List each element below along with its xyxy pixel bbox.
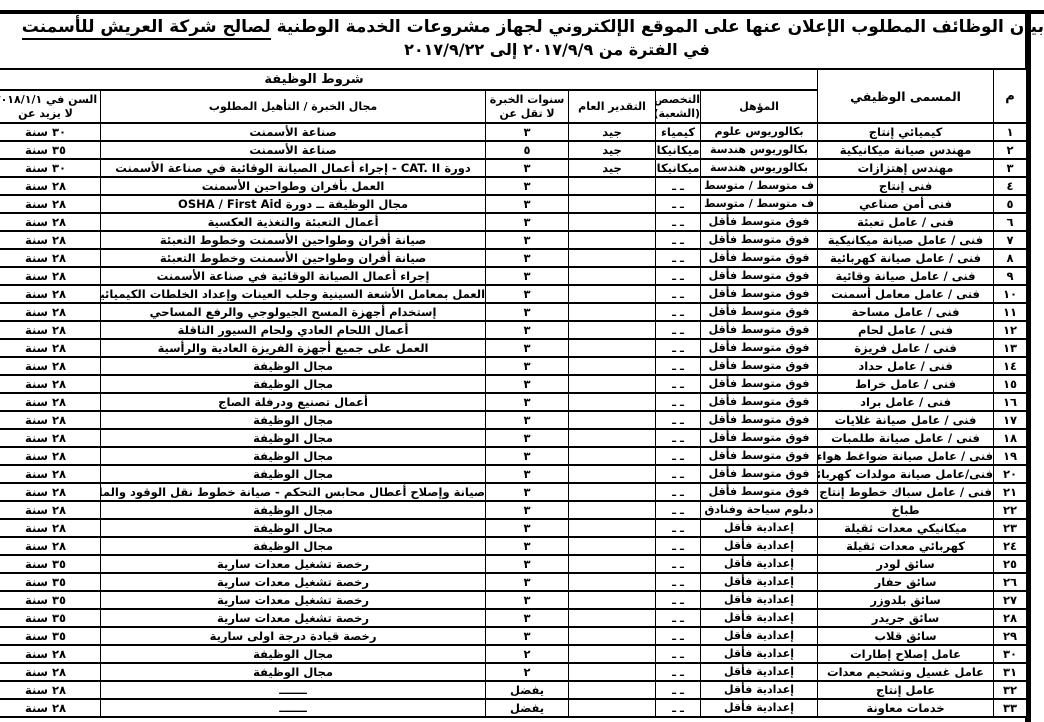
table-row: ٢٨ سائق جريدر إعدادية فأقل ـ ـ ٣ رخصة تش…	[0, 609, 1027, 627]
cell-experience-field: رخصة تشغيل معدات سارية	[101, 591, 486, 609]
cell-job-title: مهندس إهتزازات	[818, 159, 994, 177]
cell-grade	[569, 285, 656, 303]
table-row: ٣٠ عامل إصلاح إطارات إعدادية فأقل ـ ـ ٢ …	[0, 645, 1027, 663]
cell-specialization: ـ ـ	[656, 591, 701, 609]
cell-experience-field: مجال الوظيفة	[101, 375, 486, 393]
cell-grade	[569, 447, 656, 465]
cell-qualification: إعدادية فأقل	[701, 519, 818, 537]
table-row: ٨ فنى / عامل صيانة كهربائية فوق متوسط فأ…	[0, 249, 1027, 267]
cell-experience-years: ٣	[486, 321, 569, 339]
cell-experience-field: مجال الوظيفة	[101, 411, 486, 429]
document-header: بيان الوظائف المطلوب الإعلان عنها على ال…	[0, 14, 1044, 67]
cell-job-title: فنى / عامل لحام	[818, 321, 994, 339]
cell-grade: جيد	[569, 141, 656, 159]
cell-experience-years: ٣	[486, 411, 569, 429]
cell-row-number: ١١	[994, 303, 1027, 321]
cell-row-number: ١٦	[994, 393, 1027, 411]
cell-job-title: سائق لودر	[818, 555, 994, 573]
cell-job-title: فنى إنتاج	[818, 177, 994, 195]
table-row: ٣ مهندس إهتزازات بكالوريوس هندسة ميكانيك…	[0, 159, 1027, 177]
cell-specialization: ـ ـ	[656, 375, 701, 393]
cell-experience-field: مجال الوظيفة	[101, 519, 486, 537]
cell-age-limit: ٢٨ سنة	[0, 267, 101, 285]
cell-qualification: دبلوم سياحة وفنادق	[701, 501, 818, 519]
cell-qualification: إعدادية فأقل	[701, 663, 818, 681]
cell-grade	[569, 231, 656, 249]
cell-specialization: ـ ـ	[656, 519, 701, 537]
cell-grade	[569, 501, 656, 519]
cell-qualification: فوق متوسط فأقل	[701, 231, 818, 249]
cell-grade: جيد	[569, 159, 656, 177]
cell-grade	[569, 321, 656, 339]
cell-qualification: فوق متوسط فأقل	[701, 465, 818, 483]
cell-experience-years: ٣	[486, 573, 569, 591]
cell-row-number: ١٢	[994, 321, 1027, 339]
cell-experience-years: ٣	[486, 591, 569, 609]
cell-specialization: ـ ـ	[656, 699, 701, 717]
cell-age-limit: ٣٠ سنة	[0, 159, 101, 177]
cell-experience-years: ٣	[486, 627, 569, 645]
document-title-line2-date-range: في الفترة من ٢٠١٧/٩/٩ إلى ٢٠١٧/٩/٢٢	[70, 40, 1044, 59]
cell-qualification: إعدادية فأقل	[701, 699, 818, 717]
cell-row-number: ٢٨	[994, 609, 1027, 627]
cell-experience-field: العمل بمعامل الأشعة السينية وجلب العينات…	[101, 285, 486, 303]
cell-grade	[569, 627, 656, 645]
column-group-header-job-conditions: شروط الوظيفة	[0, 69, 818, 90]
table-row: ١ كيميائي إنتاج بكالوريوس علوم كيمياء جي…	[0, 123, 1027, 141]
cell-experience-field: مجال الوظيفة	[101, 501, 486, 519]
cell-qualification: إعدادية فأقل	[701, 627, 818, 645]
cell-row-number: ١٩	[994, 447, 1027, 465]
cell-experience-years: ٣	[486, 519, 569, 537]
cell-experience-field: إجراء أعمال الصيانة الوقائية في صناعة ال…	[101, 267, 486, 285]
cell-experience-years: ٣	[486, 267, 569, 285]
cell-qualification: بكالوريوس هندسة	[701, 159, 818, 177]
cell-specialization: ـ ـ	[656, 213, 701, 231]
cell-grade	[569, 303, 656, 321]
cell-job-title: فنى / عامل مساحة	[818, 303, 994, 321]
cell-qualification: فوق متوسط فأقل	[701, 393, 818, 411]
cell-qualification: فوق متوسط فأقل	[701, 447, 818, 465]
cell-specialization: ـ ـ	[656, 537, 701, 555]
cell-row-number: ٢٥	[994, 555, 1027, 573]
cell-row-number: ١٣	[994, 339, 1027, 357]
cell-experience-field: رخصة تشغيل معدات سارية	[101, 609, 486, 627]
cell-grade	[569, 465, 656, 483]
cell-row-number: ٥	[994, 195, 1027, 213]
table-row: ١٦ فنى / عامل براد فوق متوسط فأقل ـ ـ ٣ …	[0, 393, 1027, 411]
cell-age-limit: ٢٨ سنة	[0, 393, 101, 411]
cell-qualification: فوق متوسط فأقل	[701, 339, 818, 357]
table-row: ٤ فنى إنتاج ف متوسط / متوسط ـ ـ ٣ العمل …	[0, 177, 1027, 195]
table-body: ١ كيميائي إنتاج بكالوريوس علوم كيمياء جي…	[0, 123, 1027, 717]
column-header-experience-field: مجال الخبرة / التأهيل المطلوب	[101, 90, 486, 123]
cell-age-limit: ٢٨ سنة	[0, 177, 101, 195]
cell-age-limit: ٢٨ سنة	[0, 447, 101, 465]
cell-qualification: فوق متوسط فأقل	[701, 483, 818, 501]
cell-grade	[569, 483, 656, 501]
cell-age-limit: ٢٨ سنة	[0, 231, 101, 249]
cell-experience-years: ٣	[486, 429, 569, 447]
cell-job-title: فنى/عامل صيانة مولدات كهربائية	[818, 465, 994, 483]
cell-age-limit: ٢٨ سنة	[0, 213, 101, 231]
cell-job-title: مهندس صيانة ميكانيكية	[818, 141, 994, 159]
cell-age-limit: ٣٥ سنة	[0, 591, 101, 609]
cell-specialization: ـ ـ	[656, 681, 701, 699]
cell-qualification: فوق متوسط فأقل	[701, 357, 818, 375]
cell-specialization: ـ ـ	[656, 609, 701, 627]
cell-age-limit: ٢٨ سنة	[0, 699, 101, 717]
cell-qualification: إعدادية فأقل	[701, 645, 818, 663]
column-header-experience-years: سنوات الخبرة لا تقل عن	[486, 90, 569, 123]
cell-experience-years: ٣	[486, 231, 569, 249]
cell-experience-years: ٣	[486, 555, 569, 573]
cell-specialization: ـ ـ	[656, 303, 701, 321]
cell-qualification: بكالوريوس هندسة	[701, 141, 818, 159]
cell-row-number: ١٧	[994, 411, 1027, 429]
cell-row-number: ٢٧	[994, 591, 1027, 609]
cell-specialization: ـ ـ	[656, 195, 701, 213]
cell-qualification: إعدادية فأقل	[701, 555, 818, 573]
cell-experience-years: ٢	[486, 645, 569, 663]
cell-experience-years: ٣	[486, 213, 569, 231]
cell-job-title: فنى / عامل صيانة غلايات	[818, 411, 994, 429]
table-row: ١٣ فنى / عامل فريزة فوق متوسط فأقل ـ ـ ٣…	[0, 339, 1027, 357]
cell-age-limit: ٢٨ سنة	[0, 375, 101, 393]
cell-qualification: فوق متوسط فأقل	[701, 303, 818, 321]
table-row: ٢٤ كهربائي معدات ثقيلة إعدادية فأقل ـ ـ …	[0, 537, 1027, 555]
job-conditions-label: شروط الوظيفة	[264, 72, 363, 87]
cell-grade	[569, 537, 656, 555]
cell-job-title: سائق قلاب	[818, 627, 994, 645]
cell-specialization: ـ ـ	[656, 339, 701, 357]
cell-experience-years: ٣	[486, 123, 569, 141]
cell-specialization: كيمياء	[656, 123, 701, 141]
table-row: ٢٩ سائق قلاب إعدادية فأقل ـ ـ ٣ رخصة قيا…	[0, 627, 1027, 645]
cell-qualification: فوق متوسط فأقل	[701, 321, 818, 339]
cell-experience-years: ٣	[486, 339, 569, 357]
cell-age-limit: ٢٨ سنة	[0, 357, 101, 375]
cell-row-number: ٢٦	[994, 573, 1027, 591]
cell-experience-field: ـــــــ	[101, 681, 486, 699]
cell-qualification: فوق متوسط فأقل	[701, 285, 818, 303]
cell-qualification: بكالوريوس علوم	[701, 123, 818, 141]
cell-experience-field: مجال الوظيفة	[101, 663, 486, 681]
column-header-age-limit: السن في ٢٠١٨/١/١ لا يزيد عن	[0, 90, 101, 123]
cell-row-number: ٢٩	[994, 627, 1027, 645]
table-row: ٢ مهندس صيانة ميكانيكية بكالوريوس هندسة …	[0, 141, 1027, 159]
cell-qualification: فوق متوسط فأقل	[701, 267, 818, 285]
cell-grade	[569, 699, 656, 717]
cell-qualification: إعدادية فأقل	[701, 591, 818, 609]
cell-qualification: فوق متوسط فأقل	[701, 375, 818, 393]
cell-job-title: فنى / عامل فريزة	[818, 339, 994, 357]
cell-experience-years: ٣	[486, 483, 569, 501]
cell-job-title: عامل إنتاج	[818, 681, 994, 699]
column-header-grade: التقدير العام	[569, 90, 656, 123]
column-header-number: م	[994, 69, 1027, 123]
cell-row-number: ١٥	[994, 375, 1027, 393]
table-row: ٢١ فنى / عامل سباك خطوط إنتاج فوق متوسط …	[0, 483, 1027, 501]
cell-age-limit: ٢٨ سنة	[0, 483, 101, 501]
table-row: ١٢ فنى / عامل لحام فوق متوسط فأقل ـ ـ ٣ …	[0, 321, 1027, 339]
cell-row-number: ٤	[994, 177, 1027, 195]
table-row: ٥ فنى أمن صناعي ف متوسط / متوسط ـ ـ ٣ مج…	[0, 195, 1027, 213]
cell-row-number: ١٨	[994, 429, 1027, 447]
cell-row-number: ٢٤	[994, 537, 1027, 555]
table-row: ٢٧ سائق بلدوزر إعدادية فأقل ـ ـ ٣ رخصة ت…	[0, 591, 1027, 609]
cell-grade	[569, 591, 656, 609]
cell-age-limit: ٢٨ سنة	[0, 429, 101, 447]
cell-specialization: ـ ـ	[656, 357, 701, 375]
table-row: ١٧ فنى / عامل صيانة غلايات فوق متوسط فأق…	[0, 411, 1027, 429]
cell-row-number: ٢٢	[994, 501, 1027, 519]
cell-specialization: ـ ـ	[656, 429, 701, 447]
table-row: ٧ فنى / عامل صيانة ميكانيكية فوق متوسط ف…	[0, 231, 1027, 249]
cell-age-limit: ٢٨ سنة	[0, 501, 101, 519]
cell-job-title: فنى / عامل صيانة وقائية	[818, 267, 994, 285]
cell-qualification: فوق متوسط فأقل	[701, 411, 818, 429]
cell-qualification: إعدادية فأقل	[701, 681, 818, 699]
cell-experience-field: مجال الوظيفة	[101, 429, 486, 447]
cell-specialization: ـ ـ	[656, 231, 701, 249]
cell-experience-years: ٣	[486, 357, 569, 375]
table-row: ٩ فنى / عامل صيانة وقائية فوق متوسط فأقل…	[0, 267, 1027, 285]
cell-specialization: ـ ـ	[656, 573, 701, 591]
cell-experience-field: إستخدام أجهزة المسح الجيولوجي والرفع الم…	[101, 303, 486, 321]
cell-age-limit: ٢٨ سنة	[0, 465, 101, 483]
table-row: ١٥ فنى / عامل خراط فوق متوسط فأقل ـ ـ ٣ …	[0, 375, 1027, 393]
cell-row-number: ٢١	[994, 483, 1027, 501]
cell-specialization: ـ ـ	[656, 483, 701, 501]
cell-job-title: فنى / عامل صيانة كهربائية	[818, 249, 994, 267]
cell-specialization: ميكانيكا	[656, 141, 701, 159]
cell-specialization: ـ ـ	[656, 177, 701, 195]
cell-experience-years: ٣	[486, 177, 569, 195]
cell-job-title: طباخ	[818, 501, 994, 519]
cell-specialization: ـ ـ	[656, 411, 701, 429]
cell-job-title: فنى / عامل خراط	[818, 375, 994, 393]
table-row: ٢٢ طباخ دبلوم سياحة وفنادق ـ ـ ٣ مجال ال…	[0, 501, 1027, 519]
cell-experience-field: أعمال تصنيع ودرفلة الصاج	[101, 393, 486, 411]
cell-qualification: إعدادية فأقل	[701, 537, 818, 555]
cell-job-title: فنى / عامل صيانة ميكانيكية	[818, 231, 994, 249]
document-title-line1: بيان الوظائف المطلوب الإعلان عنها على ال…	[70, 17, 1044, 37]
cell-job-title: فنى / عامل صيانة طلمبات	[818, 429, 994, 447]
cell-grade	[569, 645, 656, 663]
cell-experience-field: صيانة أفران وطواحين الأسمنت وخطوط التعبئ…	[101, 231, 486, 249]
cell-row-number: ٢٠	[994, 465, 1027, 483]
cell-age-limit: ٣٥ سنة	[0, 141, 101, 159]
cell-grade	[569, 267, 656, 285]
cell-grade	[569, 375, 656, 393]
cell-age-limit: ٢٨ سنة	[0, 681, 101, 699]
cell-grade	[569, 555, 656, 573]
cell-qualification: إعدادية فأقل	[701, 573, 818, 591]
cell-job-title: سائق حفار	[818, 573, 994, 591]
cell-grade: جيد	[569, 123, 656, 141]
table-row: ١٨ فنى / عامل صيانة طلمبات فوق متوسط فأق…	[0, 429, 1027, 447]
cell-grade	[569, 177, 656, 195]
cell-row-number: ٣٣	[994, 699, 1027, 717]
cell-grade	[569, 663, 656, 681]
column-header-qualification: المؤهل	[701, 90, 818, 123]
cell-row-number: ١	[994, 123, 1027, 141]
cell-age-limit: ٢٨ سنة	[0, 663, 101, 681]
cell-age-limit: ٢٨ سنة	[0, 339, 101, 357]
cell-experience-years: ٣	[486, 609, 569, 627]
cell-row-number: ٧	[994, 231, 1027, 249]
cell-job-title: فنى / عامل تعبئة	[818, 213, 994, 231]
table-row: ٢٦ سائق حفار إعدادية فأقل ـ ـ ٣ رخصة تشغ…	[0, 573, 1027, 591]
cell-age-limit: ٣٥ سنة	[0, 627, 101, 645]
cell-experience-years: ٣	[486, 303, 569, 321]
cell-age-limit: ٢٨ سنة	[0, 411, 101, 429]
table-row: ١٠ فنى / عامل معامل أسمنت فوق متوسط فأقل…	[0, 285, 1027, 303]
cell-experience-field: رخصة قيادة درجة اولى سارية	[101, 627, 486, 645]
cell-specialization: ـ ـ	[656, 465, 701, 483]
column-header-specialization: التخصص (الشعبة)	[656, 90, 701, 123]
cell-age-limit: ٢٨ سنة	[0, 537, 101, 555]
table-row: ٣١ عامل غسيل وتشحيم معدات إعدادية فأقل ـ…	[0, 663, 1027, 681]
cell-job-title: فنى / عامل صيانة ضواغط هواء	[818, 447, 994, 465]
cell-experience-years: ٣	[486, 501, 569, 519]
cell-experience-years: ٣	[486, 159, 569, 177]
cell-grade	[569, 573, 656, 591]
cell-experience-years: يفضل	[486, 681, 569, 699]
cell-experience-field: صيانة وإصلاح أعطال محابس التحكم - صيانة …	[101, 483, 486, 501]
cell-experience-field: رخصة تشغيل معدات سارية	[101, 573, 486, 591]
cell-grade	[569, 357, 656, 375]
cell-qualification: إعدادية فأقل	[701, 609, 818, 627]
table-row: ١٤ فنى / عامل حداد فوق متوسط فأقل ـ ـ ٣ …	[0, 357, 1027, 375]
table-row: ١٩ فنى / عامل صيانة ضواغط هواء فوق متوسط…	[0, 447, 1027, 465]
cell-grade	[569, 393, 656, 411]
cell-grade	[569, 519, 656, 537]
cell-experience-field: مجال الوظيفة	[101, 645, 486, 663]
cell-experience-field: ـــــــ	[101, 699, 486, 717]
cell-experience-years: ٣	[486, 375, 569, 393]
cell-specialization: ـ ـ	[656, 321, 701, 339]
cell-job-title: سائق بلدوزر	[818, 591, 994, 609]
cell-age-limit: ٢٨ سنة	[0, 519, 101, 537]
cell-experience-field: مجال الوظيفة	[101, 537, 486, 555]
cell-job-title: فنى / عامل حداد	[818, 357, 994, 375]
cell-job-title: فنى / عامل سباك خطوط إنتاج	[818, 483, 994, 501]
cell-experience-field: العمل على جميع أجهزة الفريزة العادية وال…	[101, 339, 486, 357]
cell-experience-years: ٣	[486, 249, 569, 267]
cell-age-limit: ٣٠ سنة	[0, 123, 101, 141]
cell-job-title: عامل غسيل وتشحيم معدات	[818, 663, 994, 681]
cell-row-number: ٣	[994, 159, 1027, 177]
table-row: ٢٣ ميكانيكي معدات ثقيلة إعدادية فأقل ـ ـ…	[0, 519, 1027, 537]
cell-specialization: ميكانيكا	[656, 159, 701, 177]
cell-row-number: ١٠	[994, 285, 1027, 303]
cell-specialization: ـ ـ	[656, 663, 701, 681]
cell-row-number: ٩	[994, 267, 1027, 285]
cell-age-limit: ٢٨ سنة	[0, 285, 101, 303]
cell-qualification: فوق متوسط فأقل	[701, 213, 818, 231]
cell-specialization: ـ ـ	[656, 447, 701, 465]
cell-job-title: فنى / عامل معامل أسمنت	[818, 285, 994, 303]
cell-experience-years: ٣	[486, 465, 569, 483]
cell-row-number: ٣٢	[994, 681, 1027, 699]
cell-row-number: ٣٠	[994, 645, 1027, 663]
table-row: ٢٥ سائق لودر إعدادية فأقل ـ ـ ٣ رخصة تشغ…	[0, 555, 1027, 573]
cell-experience-years: يفضل	[486, 699, 569, 717]
table-row: ١١ فنى / عامل مساحة فوق متوسط فأقل ـ ـ ٣…	[0, 303, 1027, 321]
cell-job-title: سائق جريدر	[818, 609, 994, 627]
cell-experience-field: العمل بأفران وطواحين الأسمنت	[101, 177, 486, 195]
cell-experience-field: مجال الوظيفة	[101, 465, 486, 483]
cell-experience-field: مجال الوظيفة	[101, 357, 486, 375]
cell-job-title: خدمات معاونة	[818, 699, 994, 717]
cell-experience-years: ٣	[486, 393, 569, 411]
cell-experience-years: ٣	[486, 195, 569, 213]
cell-experience-field: صناعة الأسمنت	[101, 141, 486, 159]
cell-specialization: ـ ـ	[656, 645, 701, 663]
cell-specialization: ـ ـ	[656, 267, 701, 285]
cell-row-number: ٢٣	[994, 519, 1027, 537]
cell-job-title: ميكانيكي معدات ثقيلة	[818, 519, 994, 537]
cell-experience-years: ٥	[486, 141, 569, 159]
cell-grade	[569, 213, 656, 231]
cell-specialization: ـ ـ	[656, 285, 701, 303]
cell-grade	[569, 195, 656, 213]
cell-experience-years: ٣	[486, 447, 569, 465]
cell-experience-field: مجال الوظيفة ــ دورة OSHA / First Aid	[101, 195, 486, 213]
cell-job-title: فنى أمن صناعي	[818, 195, 994, 213]
cell-job-title: كيميائي إنتاج	[818, 123, 994, 141]
table-row: ٢٠ فنى/عامل صيانة مولدات كهربائية فوق مت…	[0, 465, 1027, 483]
cell-specialization: ـ ـ	[656, 249, 701, 267]
table-row: ٦ فنى / عامل تعبئة فوق متوسط فأقل ـ ـ ٣ …	[0, 213, 1027, 231]
cell-specialization: ـ ـ	[656, 501, 701, 519]
cell-age-limit: ٢٨ سنة	[0, 645, 101, 663]
column-header-job-title: المسمى الوظيفي	[818, 69, 994, 123]
cell-experience-years: ٣	[486, 537, 569, 555]
cell-grade	[569, 411, 656, 429]
cell-row-number: ٦	[994, 213, 1027, 231]
cell-qualification: فوق متوسط فأقل	[701, 249, 818, 267]
cell-specialization: ـ ـ	[656, 393, 701, 411]
title-text: بيان الوظائف المطلوب الإعلان عنها على ال…	[271, 17, 1044, 37]
cell-job-title: فنى / عامل براد	[818, 393, 994, 411]
cell-grade	[569, 429, 656, 447]
cell-experience-years: ٢	[486, 663, 569, 681]
cell-grade	[569, 339, 656, 357]
cell-age-limit: ٢٨ سنة	[0, 321, 101, 339]
table-header: م المسمى الوظيفي شروط الوظيفة المؤهل الت…	[0, 69, 1027, 123]
cell-age-limit: ٣٥ سنة	[0, 573, 101, 591]
cell-experience-field: مجال الوظيفة	[101, 447, 486, 465]
cell-age-limit: ٢٨ سنة	[0, 249, 101, 267]
cell-row-number: ٢	[994, 141, 1027, 159]
cell-grade	[569, 249, 656, 267]
table-row: ٣٢ عامل إنتاج إعدادية فأقل ـ ـ يفضل ــــ…	[0, 681, 1027, 699]
cell-specialization: ـ ـ	[656, 555, 701, 573]
title-company-underlined: لصالح شركة العريش للأسمنت	[22, 17, 271, 40]
job-listing-document: { "title": { "line1_main": "بيان الوظائف…	[0, 0, 1044, 722]
cell-age-limit: ٢٨ سنة	[0, 303, 101, 321]
cell-row-number: ١٤	[994, 357, 1027, 375]
cell-row-number: ٣١	[994, 663, 1027, 681]
cell-job-title: عامل إصلاح إطارات	[818, 645, 994, 663]
cell-qualification: ف متوسط / متوسط	[701, 195, 818, 213]
cell-age-limit: ٣٥ سنة	[0, 609, 101, 627]
cell-grade	[569, 681, 656, 699]
cell-experience-field: صناعة الأسمنت	[101, 123, 486, 141]
